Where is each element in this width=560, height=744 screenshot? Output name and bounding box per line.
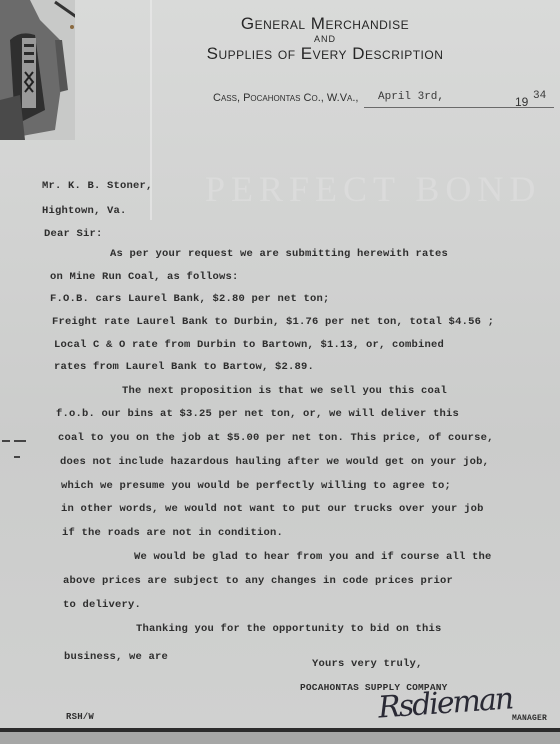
body-line: F.O.B. cars Laurel Bank, $2.80 per net t… [50, 293, 330, 305]
body-line: does not include hazardous hauling after… [60, 456, 489, 468]
salutation: Dear Sir: [44, 228, 103, 240]
letterhead-and: AND [160, 34, 490, 44]
body-line: if the roads are not in condition. [62, 527, 283, 539]
letterhead-place: Cass, Pocahontas Co., W.Va., [213, 92, 359, 104]
body-line: Freight rate Laurel Bank to Durbin, $1.7… [52, 316, 494, 328]
body-line: Local C & O rate from Durbin to Bartown,… [54, 339, 444, 351]
body-line: in other words, we would not want to put… [61, 503, 484, 515]
recipient-name: Mr. K. B. Stoner, [42, 180, 153, 192]
paper-watermark: PERFECT BOND [205, 168, 541, 210]
pocahontas-portrait-logo [0, 0, 75, 140]
letter-paper: General Merchandise AND Supplies of Ever… [0, 0, 560, 730]
body-line: on Mine Run Coal, as follows: [50, 271, 239, 283]
letterhead: General Merchandise AND Supplies of Ever… [160, 14, 490, 64]
body-line: which we presume you would be perfectly … [61, 480, 451, 492]
body-line: f.o.b. our bins at $3.25 per net ton, or… [56, 408, 459, 420]
letterhead-line1: General Merchandise [160, 14, 490, 34]
date-typed: April 3rd, [378, 91, 444, 103]
year-prefix: 19 [515, 95, 528, 109]
body-line: rates from Laurel Bank to Bartow, $2.89. [54, 361, 314, 373]
recipient-location: Hightown, Va. [42, 205, 127, 217]
underlying-surface [0, 732, 560, 744]
margin-mark [14, 440, 26, 442]
closing: Yours very truly, [312, 658, 423, 670]
body-line: above prices are subject to any changes … [63, 575, 453, 587]
body-line: business, we are [64, 651, 168, 663]
body-line: to delivery. [63, 599, 141, 611]
body-line: The next proposition is that we sell you… [122, 385, 447, 397]
body-line: coal to you on the job at $5.00 per net … [58, 432, 494, 444]
body-line: Thanking you for the opportunity to bid … [136, 623, 442, 635]
body-line: As per your request we are submitting he… [110, 248, 448, 260]
margin-mark [14, 456, 20, 458]
margin-mark [2, 440, 10, 442]
signer-title: MANAGER [512, 714, 547, 723]
year-typed: 34 [533, 90, 546, 102]
body-line: We would be glad to hear from you and if… [134, 551, 492, 563]
letterhead-line2: Supplies of Every Description [160, 44, 490, 64]
typist-initials: RSH/W [66, 712, 94, 722]
